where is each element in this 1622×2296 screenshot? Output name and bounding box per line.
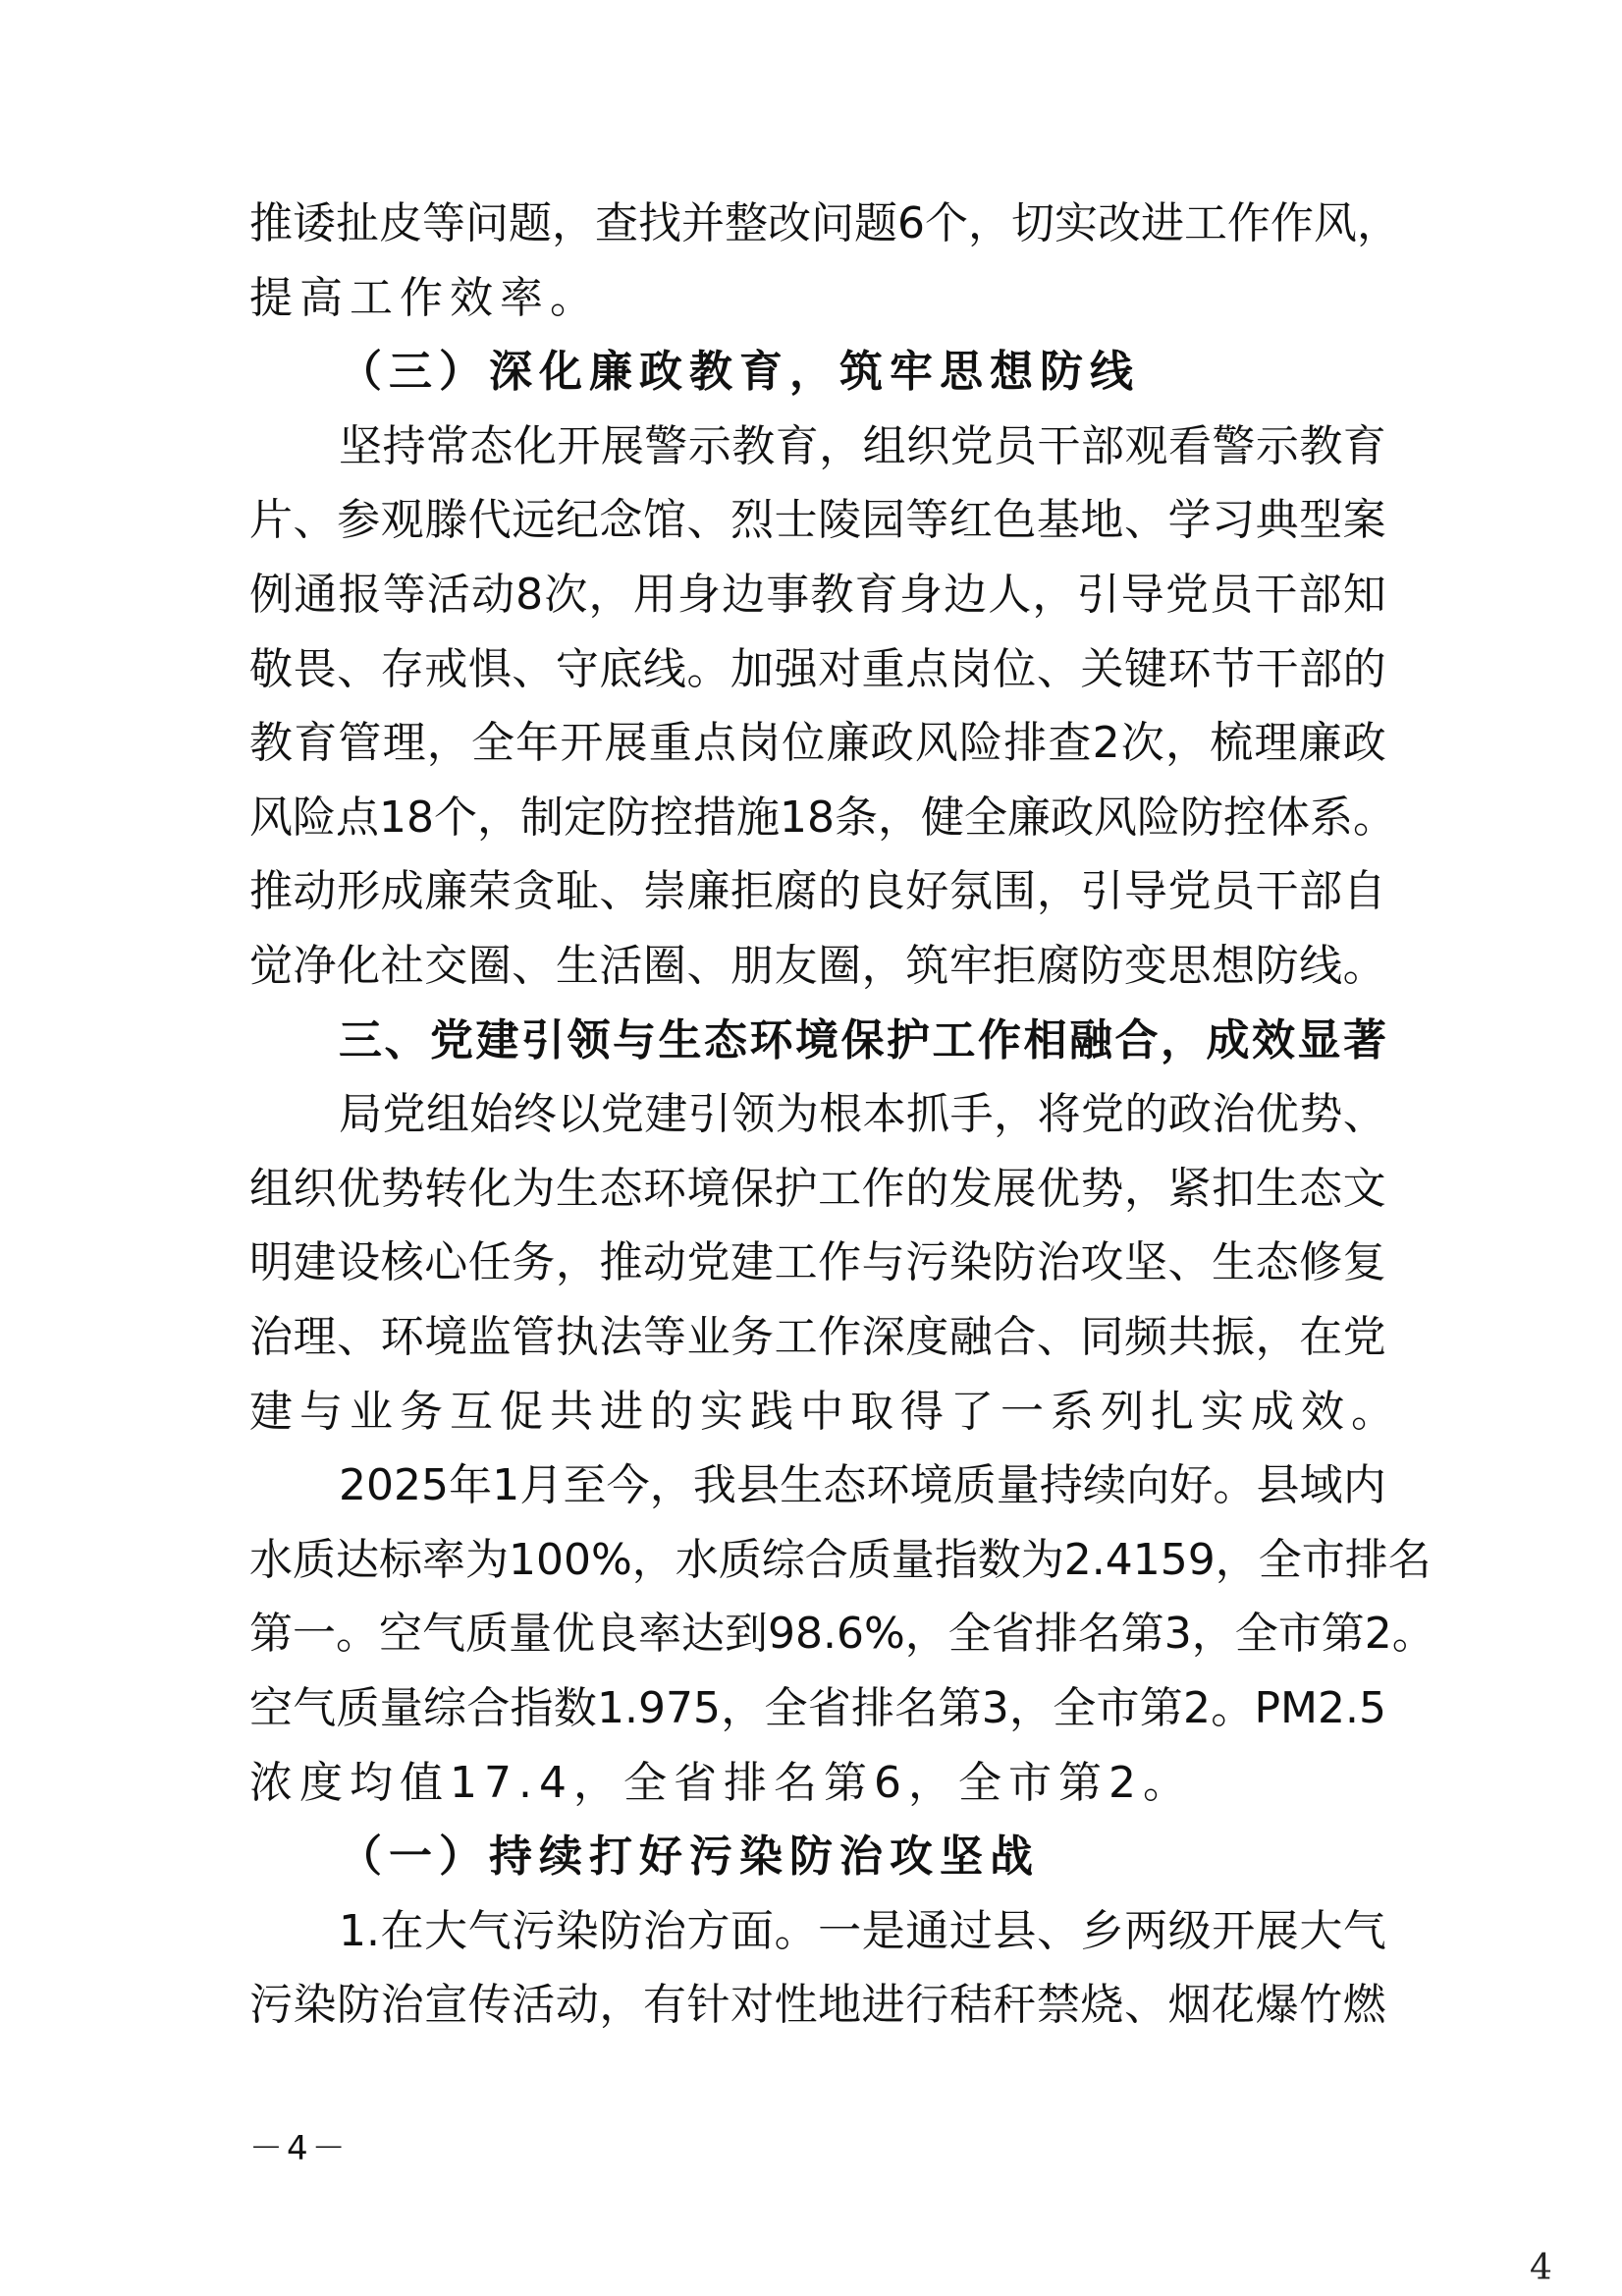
- text-line: 风险点18个，制定防控措施18条，健全廉政风险防控体系。: [249, 789, 1386, 847]
- document-page: 推诿扯皮等问题，查找并整改问题6个，切实改进工作作风，提高工作效率。（三）深化廉…: [0, 0, 1622, 2296]
- text-line: 明建设核心任务，推动党建工作与污染防治攻坚、生态修复: [249, 1233, 1386, 1292]
- text-line: 浓度均值17.4，全省排名第6，全市第2。: [249, 1754, 1386, 1813]
- text-line: 推诿扯皮等问题，查找并整改问题6个，切实改进工作作风，: [249, 194, 1386, 253]
- text-line: 提高工作效率。: [249, 269, 1386, 328]
- page-footer-number: －4－: [249, 2127, 350, 2170]
- text-line: 觉净化社交圈、生活圈、朋友圈，筑牢拒腐防变思想防线。: [249, 937, 1386, 996]
- text-line: 坚持常态化开展警示教育，组织党员干部观看警示教育: [339, 417, 1386, 476]
- text-line: 敬畏、存戒惧、守底线。加强对重点岗位、关键环节干部的: [249, 640, 1386, 699]
- text-line: 第一。空气质量优良率达到98.6%，全省排名第3，全市第2。: [249, 1605, 1386, 1664]
- text-line: 2025年1月至今，我县生态环境质量持续向好。县域内: [339, 1456, 1386, 1515]
- text-line: 1.在大气污染防治方面。一是通过县、乡两级开展大气: [339, 1902, 1386, 1961]
- text-line: 推动形成廉荣贪耻、崇廉拒腐的良好氛围，引导党员干部自: [249, 862, 1386, 921]
- text-line: 局党组始终以党建引领为根本抓手，将党的政治优势、: [339, 1085, 1386, 1144]
- text-line: 建与业务互促共进的实践中取得了一系列扎实成效。: [249, 1383, 1386, 1442]
- text-line: 片、参观滕代远纪念馆、烈士陵园等红色基地、学习典型案: [249, 491, 1386, 550]
- text-line: 组织优势转化为生态环境保护工作的发展优势，紧扣生态文: [249, 1160, 1386, 1219]
- scan-page-number: 4: [1530, 2249, 1552, 2288]
- text-line: 空气质量综合指数1.975，全省排名第3，全市第2。PM2.5: [249, 1679, 1386, 1738]
- text-line: 例通报等活动8次，用身边事教育身边人，引导党员干部知: [249, 566, 1386, 625]
- subsection-heading: （三）深化廉政教育，筑牢思想防线: [339, 343, 1386, 402]
- text-line: 治理、环境监管执法等业务工作深度融合、同频共振，在党: [249, 1308, 1386, 1367]
- section-heading: 三、党建引领与生态环境保护工作相融合，成效显著: [339, 1011, 1386, 1070]
- text-line: 水质达标率为100%，水质综合质量指数为2.4159，全市排名: [249, 1531, 1386, 1590]
- text-line: 污染防治宣传活动，有针对性地进行秸秆禁烧、烟花爆竹燃: [249, 1976, 1386, 2035]
- subsection-heading: （一）持续打好污染防治攻坚战: [339, 1828, 1386, 1886]
- text-line: 教育管理，全年开展重点岗位廉政风险排查2次，梳理廉政: [249, 714, 1386, 773]
